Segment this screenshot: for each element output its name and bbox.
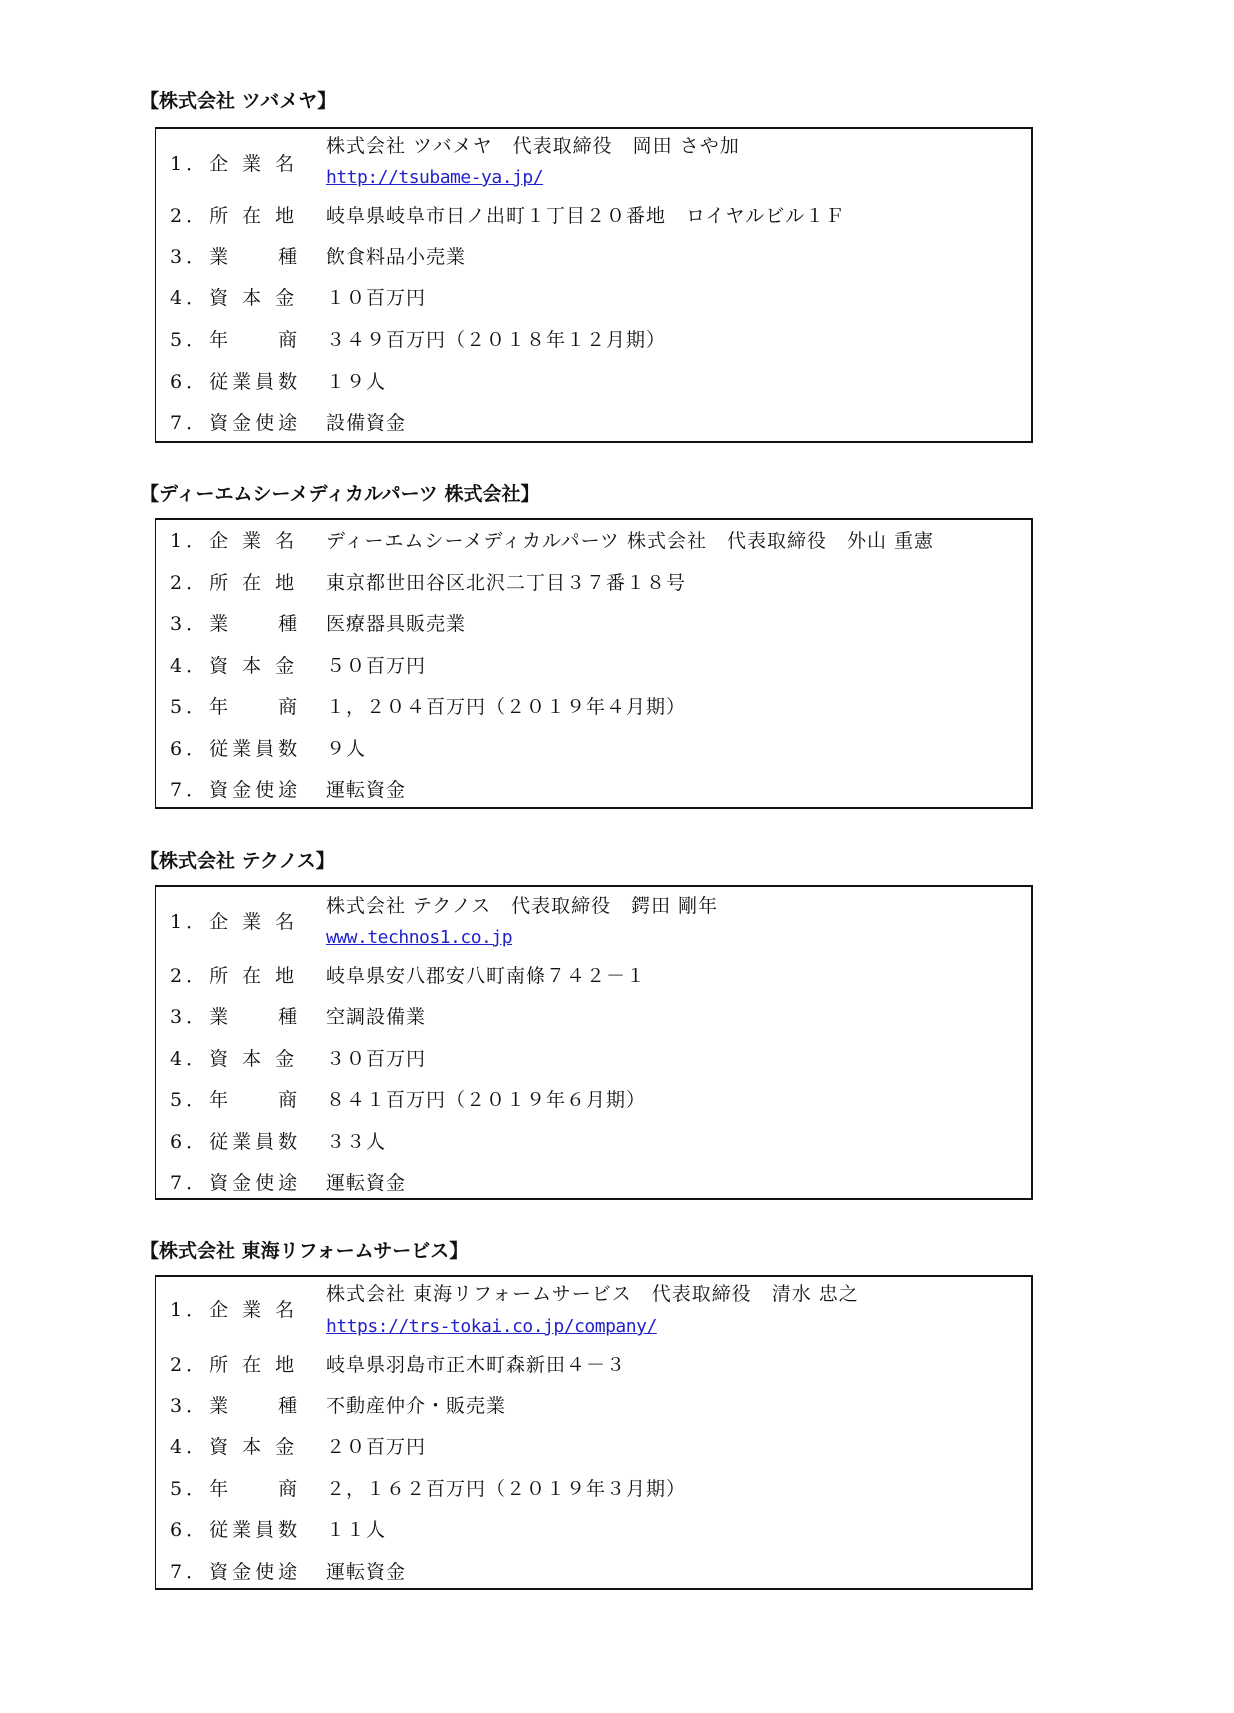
row-value: １９人 — [326, 371, 386, 393]
row-label: 4．資 本 金 — [170, 1436, 298, 1458]
row-value: 空調設備業 — [326, 1006, 426, 1028]
row-value: ３０百万円 — [326, 1048, 426, 1070]
row-value: 医療器具販売業 — [326, 613, 466, 635]
row-value: 東京都世田谷区北沢二丁目３７番１８号 — [326, 572, 686, 594]
row-label: 5．年 商 — [170, 696, 301, 718]
row-label: 4．資 本 金 — [170, 287, 298, 309]
company-url-link[interactable]: http://tsubame-ya.jp/ — [326, 167, 543, 189]
row-value: 不動産仲介・販売業 — [326, 1395, 506, 1417]
row-label: 2．所 在 地 — [170, 965, 298, 987]
row-value: 運転資金 — [326, 1561, 406, 1583]
row-value: ２０百万円 — [326, 1436, 426, 1458]
company-name: 株式会社 ツバメヤ 代表取締役 岡田 さや加 — [326, 135, 740, 157]
company-heading: 【株式会社 テクノス】 — [140, 846, 335, 873]
row-label: 7．資金使途 — [170, 1172, 301, 1194]
row-value: 運転資金 — [326, 1172, 406, 1194]
row-label: 2．所 在 地 — [170, 205, 298, 227]
row-value: ９人 — [326, 738, 366, 760]
company-heading: 【株式会社 ツバメヤ】 — [140, 86, 336, 113]
row-value: １，２０４百万円（２０１９年４月期） — [326, 696, 686, 718]
row-label: 6．従業員数 — [170, 1131, 301, 1153]
row-label: 3．業 種 — [170, 1006, 301, 1028]
company-url-link[interactable]: https://trs-tokai.co.jp/company/ — [326, 1316, 657, 1338]
company-name: 株式会社 テクノス 代表取締役 鍔田 剛年 — [326, 895, 718, 917]
row-label: 5．年 商 — [170, 329, 301, 351]
row-value: １０百万円 — [326, 287, 426, 309]
company-name: 株式会社 東海リフォームサービス 代表取締役 清水 忠之 — [326, 1283, 859, 1305]
company-info-box: 1．企 業 名 株式会社 ツバメヤ 代表取締役 岡田 さや加 http://ts… — [155, 127, 1033, 443]
row-label: 7．資金使途 — [170, 412, 301, 434]
row-label: 1．企 業 名 — [170, 911, 298, 933]
row-label: 1．企 業 名 — [170, 1299, 298, 1321]
company-name: ディーエムシーメディカルパーツ 株式会社 代表取締役 外山 重憲 — [326, 530, 934, 552]
row-label: 7．資金使途 — [170, 1561, 301, 1583]
row-value: １１人 — [326, 1519, 386, 1541]
company-info-box: 1．企 業 名 株式会社 東海リフォームサービス 代表取締役 清水 忠之 htt… — [155, 1275, 1033, 1590]
company-heading: 【株式会社 東海リフォームサービス】 — [140, 1236, 468, 1263]
row-label: 7．資金使途 — [170, 779, 301, 801]
company-info-box: 1．企 業 名 ディーエムシーメディカルパーツ 株式会社 代表取締役 外山 重憲… — [155, 518, 1033, 809]
row-label: 6．従業員数 — [170, 1519, 301, 1541]
row-label: 3．業 種 — [170, 613, 301, 635]
row-label: 6．従業員数 — [170, 738, 301, 760]
row-label: 2．所 在 地 — [170, 572, 298, 594]
row-label: 5．年 商 — [170, 1478, 301, 1500]
row-label: 1．企 業 名 — [170, 153, 298, 175]
row-value: ８４１百万円（２０１９年６月期） — [326, 1089, 646, 1111]
row-value: 飲食料品小売業 — [326, 246, 466, 268]
row-value: 岐阜県岐阜市日ノ出町１丁目２０番地 ロイヤルビル１Ｆ — [326, 205, 845, 227]
row-label: 1．企 業 名 — [170, 530, 298, 552]
row-label: 5．年 商 — [170, 1089, 301, 1111]
row-value: ３４９百万円（２０１８年１２月期） — [326, 329, 666, 351]
row-label: 2．所 在 地 — [170, 1354, 298, 1376]
row-value: 岐阜県羽島市正木町森新田４－３ — [326, 1354, 626, 1376]
row-value: 設備資金 — [326, 412, 406, 434]
row-label: 6．従業員数 — [170, 371, 301, 393]
company-url-link[interactable]: www.technos1.co.jp — [326, 927, 512, 949]
row-value: 岐阜県安八郡安八町南條７４２－１ — [326, 965, 646, 987]
row-label: 3．業 種 — [170, 246, 301, 268]
row-label: 3．業 種 — [170, 1395, 301, 1417]
row-value: ２，１６２百万円（２０１９年３月期） — [326, 1478, 686, 1500]
row-label: 4．資 本 金 — [170, 1048, 298, 1070]
row-value: 運転資金 — [326, 779, 406, 801]
row-value: ３３人 — [326, 1131, 386, 1153]
row-value: ５０百万円 — [326, 655, 426, 677]
row-label: 4．資 本 金 — [170, 655, 298, 677]
company-heading: 【ディーエムシーメディカルパーツ 株式会社】 — [140, 479, 540, 506]
company-info-box: 1．企 業 名 株式会社 テクノス 代表取締役 鍔田 剛年 www.techno… — [155, 885, 1033, 1200]
